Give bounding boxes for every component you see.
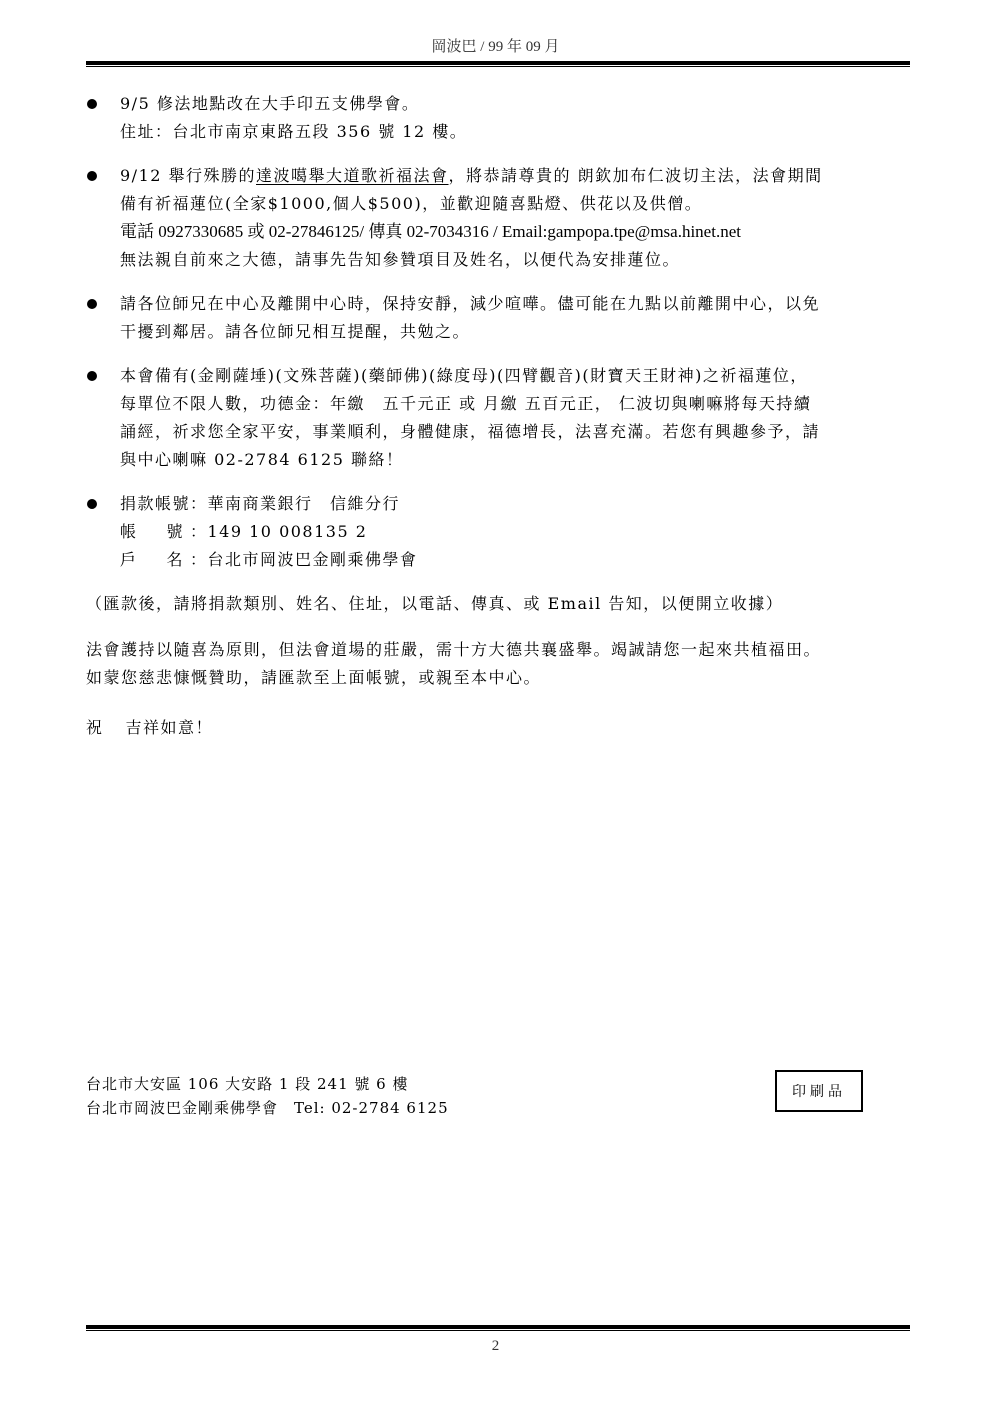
bullet-item-quiet-reminder: 請各位師兄在中心及離開中心時，保持安靜，減少喧嘩。儘可能在九點以前離開中心，以免…	[86, 290, 936, 346]
account-holder-label: 戶名	[120, 546, 184, 574]
account-number-row: 帳號：149 10 008135 2	[120, 518, 936, 546]
venue-address-text: 住址：台北市南京東路五段 356 號 12 樓。	[120, 118, 936, 146]
account-number-value: ：149 10 008135 2	[190, 522, 367, 541]
footer-org-tel: 台北市岡波巴金剛乘佛學會 Tel: 02-2784 6125	[86, 1096, 449, 1120]
header-rule-thin	[86, 66, 910, 67]
bullet-icon	[87, 299, 97, 309]
account-number-label: 帳號	[120, 518, 184, 546]
footer-rule-thin	[86, 1330, 910, 1331]
remittance-note: （匯款後，請將捐款類別、姓名、住址，以電話、傳真、或 Email 告知，以便開立…	[86, 590, 936, 618]
puja-event-remote-note: 無法親自前來之大德，請事先告知參贊項目及姓名，以便代為安排蓮位。	[120, 246, 936, 274]
footer-rule	[86, 1325, 910, 1331]
blessing-lotus-line4: 與中心喇嘛 02-2784 6125 聯絡！	[120, 446, 936, 474]
bank-value: 華南商業銀行 信維分行	[208, 494, 401, 513]
bullet-item-puja-event: 9/12 舉行殊勝的達波噶舉大道歌祈福法會，將恭請尊貴的 朗欽加布仁波切主法，法…	[86, 162, 936, 274]
account-holder-value: ：台北市岡波巴金剛乘佛學會	[190, 550, 418, 569]
puja-event-intro: 9/12 舉行殊勝的	[120, 166, 256, 185]
venue-change-text: 9/5 修法地點改在大手印五支佛學會。	[120, 90, 936, 118]
blessing-lotus-line3: 誦經，祈求您全家平安，事業順利，身體健康，福德增長，法喜充滿。若您有興趣參予，請	[120, 418, 936, 446]
appeal-line2: 如蒙您慈悲慷慨贊助，請匯款至上面帳號，或親至本中心。	[86, 664, 936, 692]
footer-address-block: 台北市大安區 106 大安路 1 段 241 號 6 樓 台北市岡波巴金剛乘佛學…	[86, 1072, 449, 1120]
blessing-lotus-line2: 每單位不限人數，功德金：年繳 五千元正 或 月繳 五百元正， 仁波切與喇嘛將每天…	[120, 390, 936, 418]
bullet-item-venue-change: 9/5 修法地點改在大手印五支佛學會。 住址：台北市南京東路五段 356 號 1…	[86, 90, 936, 146]
appeal-line1: 法會護持以隨喜為原則，但法會道場的莊嚴，需十方大德共襄盛舉。竭誠請您一起來共植福…	[86, 636, 936, 664]
blessing-prefix: 祝	[86, 718, 104, 737]
puja-event-line1: 9/12 舉行殊勝的達波噶舉大道歌祈福法會，將恭請尊貴的 朗欽加布仁波切主法，法…	[120, 162, 936, 190]
bullet-item-blessing-lotus: 本會備有(金剛薩埵)(文殊菩薩)(藥師佛)(綠度母)(四臂觀音)(財寶天王財神)…	[86, 362, 936, 474]
page-number: 2	[0, 1338, 991, 1355]
quiet-reminder-line1: 請各位師兄在中心及離開中心時，保持安靜，減少喧嘩。儘可能在九點以前離開中心，以免	[120, 290, 936, 318]
bullet-icon	[87, 499, 97, 509]
closing-blessing: 祝吉祥如意！	[86, 714, 936, 742]
bullet-icon	[87, 99, 97, 109]
bullet-item-donation-account: 捐款帳號：華南商業銀行 信維分行 帳號：149 10 008135 2 戶名：台…	[86, 490, 936, 574]
page-header: 岡波巴 / 99 年 09 月	[0, 38, 991, 56]
puja-event-host: ，將恭請尊貴的 朗欽加布仁波切主法，法會期間	[449, 166, 823, 185]
appeal-paragraph: 法會護持以隨喜為原則，但法會道場的莊嚴，需十方大德共襄盛舉。竭誠請您一起來共植福…	[86, 636, 936, 692]
bullet-icon	[87, 371, 97, 381]
header-rule	[86, 61, 910, 67]
blessing-text: 吉祥如意！	[126, 718, 214, 737]
bank-label: 捐款帳號：	[120, 494, 208, 513]
blessing-lotus-line1: 本會備有(金剛薩埵)(文殊菩薩)(藥師佛)(綠度母)(四臂觀音)(財寶天王財神)…	[120, 362, 936, 390]
puja-event-offerings: 備有祈福蓮位(全家$1000,個人$500)，並歡迎隨喜點燈、供花以及供僧。	[120, 190, 936, 218]
account-holder-row: 戶名：台北市岡波巴金剛乘佛學會	[120, 546, 936, 574]
document-body: 9/5 修法地點改在大手印五支佛學會。 住址：台北市南京東路五段 356 號 1…	[86, 90, 936, 742]
footer-address: 台北市大安區 106 大安路 1 段 241 號 6 樓	[86, 1072, 449, 1096]
bank-row: 捐款帳號：華南商業銀行 信維分行	[120, 490, 936, 518]
bullet-icon	[87, 171, 97, 181]
puja-event-name: 達波噶舉大道歌祈福法會	[256, 166, 449, 185]
puja-event-contact: 電話 0927330685 或 02-27846125/ 傳真 02-70343…	[120, 218, 936, 246]
quiet-reminder-line2: 干擾到鄰居。請各位師兄相互提醒，共勉之。	[120, 318, 936, 346]
printed-matter-stamp: 印刷品	[775, 1070, 863, 1112]
